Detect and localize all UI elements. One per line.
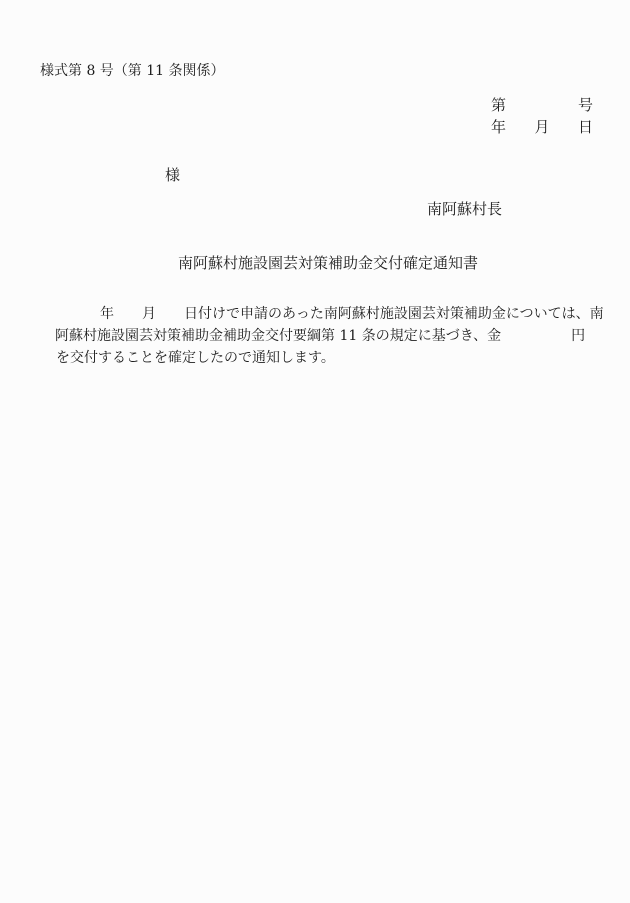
date-month-label: 月 bbox=[534, 118, 549, 136]
body-line: 阿蘇村施設園芸対策補助金補助金交付要綱第 11 条の規定に基づき、金 円 bbox=[55, 328, 585, 345]
body-line: を交付することを確定したので通知します。 bbox=[56, 350, 335, 367]
document-number-suffix: 号 bbox=[578, 96, 593, 114]
date-line: 年 月 日 bbox=[491, 118, 593, 136]
sender-title: 南阿蘇村長 bbox=[427, 200, 502, 218]
form-number-label: 様式第 8 号（第 11 条関係） bbox=[40, 63, 225, 80]
recipient-honorific-label: 様 bbox=[165, 166, 180, 184]
date-day-label: 日 bbox=[578, 118, 593, 136]
document-page: 様式第 8 号（第 11 条関係） 第 号 年 月 日 様 南阿蘇村長 南阿蘇村… bbox=[0, 0, 630, 903]
document-title: 南阿蘇村施設園芸対策補助金交付確定通知書 bbox=[178, 254, 478, 272]
date-year-label: 年 bbox=[491, 118, 506, 136]
document-number-prefix: 第 bbox=[491, 96, 506, 114]
document-number-line: 第 号 bbox=[491, 96, 593, 114]
body-line: 年 月 日付けで申請のあった南阿蘇村施設園芸対策補助金については、南 bbox=[100, 306, 604, 323]
